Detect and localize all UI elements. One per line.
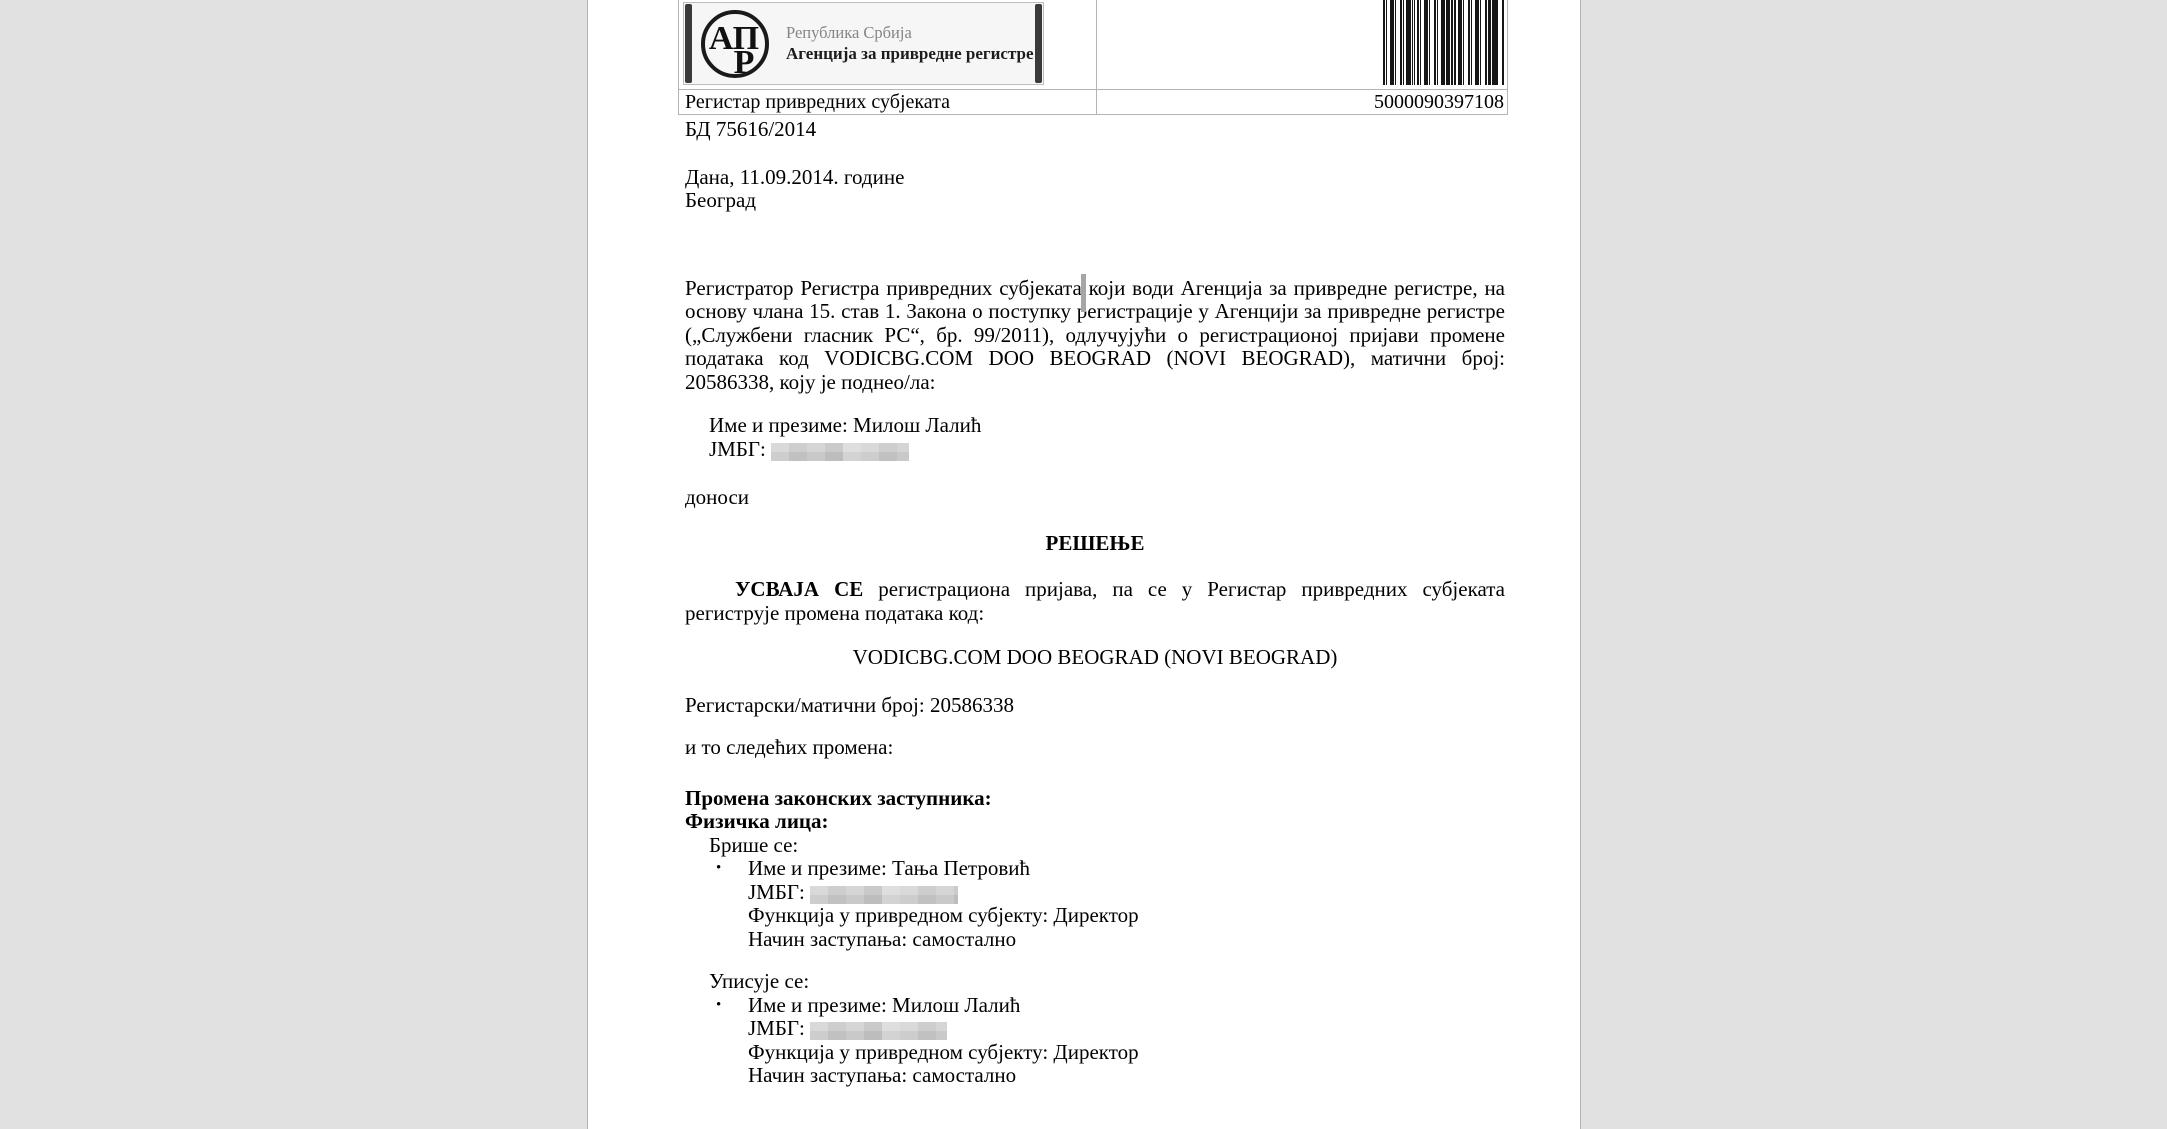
case-number: БД 75616/2014 — [685, 118, 1505, 142]
delete-bullet-item: • Име и презиме: Тања Петровић ЈМБГ: Фун… — [685, 857, 1505, 951]
text-cursor-artifact — [1081, 274, 1086, 312]
jmbg-redaction-block — [810, 1022, 947, 1040]
date-line: Дана, 11.09.2014. године — [685, 166, 1505, 190]
applicant-block: Име и презиме: Милош Лалић ЈМБГ: — [709, 414, 1505, 461]
insert-bullet-item: • Име и презиме: Милош Лалић ЈМБГ: Функц… — [685, 994, 1505, 1088]
insert-name-line: Име и презиме: Милош Лалић — [748, 994, 1505, 1018]
header-table-row-logo: АП Р Република Србија Агенција за привре… — [679, 0, 1507, 89]
intro-paragraph-text: Регистратор Регистра привредних субјекат… — [685, 276, 1505, 394]
applicant-jmbg-line: ЈМБГ: — [709, 438, 1505, 462]
barcode-cell — [1097, 0, 1507, 89]
jmbg-label: ЈМБГ: — [748, 880, 805, 904]
bullet-icon: • — [716, 994, 721, 1018]
bullet-icon: • — [716, 857, 721, 881]
header-table: АП Р Република Србија Агенција за привре… — [678, 0, 1508, 115]
jmbg-redaction-block — [771, 443, 909, 461]
viewer-background: { "colors": { "background": "#e1e1e1", "… — [0, 0, 2167, 1129]
decision-paragraph: УСВАЈА СЕ регистрациона пријава, па се у… — [685, 578, 1505, 625]
register-label: Регистар привредних субјеката — [679, 90, 1097, 114]
applicant-name-line: Име и презиме: Милош Лалић — [709, 414, 1505, 438]
company-name-line: VODICBG.COM DOO BEOGRAD (NOVI BEOGRAD) — [685, 646, 1505, 670]
logo-text: Република Србија Агенција за привредне р… — [786, 23, 1034, 65]
insert-label: Уписује се: — [709, 970, 1505, 994]
delete-manner-line: Начин заступања: самостално — [748, 928, 1505, 952]
section-title: Промена законских заступника: — [685, 787, 1505, 811]
logo-republic-label: Република Србија — [786, 23, 1034, 44]
decision-bold-text: УСВАЈА СЕ — [735, 577, 863, 601]
svg-text:Р: Р — [734, 44, 755, 81]
header-table-row-register: Регистар привредних субјеката 5000090397… — [679, 89, 1507, 115]
apr-monogram-icon: АП Р — [698, 7, 772, 81]
insert-jmbg-line: ЈМБГ: — [748, 1017, 1505, 1041]
document-page[interactable]: АП Р Република Србија Агенција за привре… — [587, 0, 1581, 1129]
insert-function-line: Функција у привредном субјекту: Директор — [748, 1041, 1505, 1065]
intro-paragraph: Регистратор Регистра привредних субјекат… — [685, 277, 1505, 395]
logo-cell: АП Р Република Србија Агенција за привре… — [679, 0, 1097, 89]
delete-function-line: Функција у привредном субјекту: Директор — [748, 904, 1505, 928]
barcode-image — [1383, 0, 1505, 85]
delete-name-line: Име и презиме: Тања Петровић — [748, 857, 1505, 881]
donosi-line: доноси — [685, 486, 1505, 510]
apr-logo-box: АП Р Република Србија Агенција за привре… — [683, 2, 1044, 85]
delete-label: Брише се: — [709, 834, 1505, 858]
barcode-number: 5000090397108 — [1097, 90, 1507, 114]
registration-number-line: Регистарски/матични број: 20586338 — [685, 694, 1505, 718]
subsection-title: Физичка лица: — [685, 810, 1505, 834]
delete-jmbg-line: ЈМБГ: — [748, 881, 1505, 905]
insert-manner-line: Начин заступања: самостално — [748, 1064, 1505, 1088]
jmbg-label: ЈМБГ: — [748, 1016, 805, 1040]
changes-intro-line: и то следећих промена: — [685, 736, 1505, 760]
decision-title: РЕШЕЊЕ — [685, 532, 1505, 556]
logo-agency-label: Агенција за привредне регистре — [786, 43, 1034, 64]
jmbg-redaction-block — [810, 886, 958, 904]
city-line: Београд — [685, 189, 1505, 213]
jmbg-label: ЈМБГ: — [709, 437, 766, 461]
